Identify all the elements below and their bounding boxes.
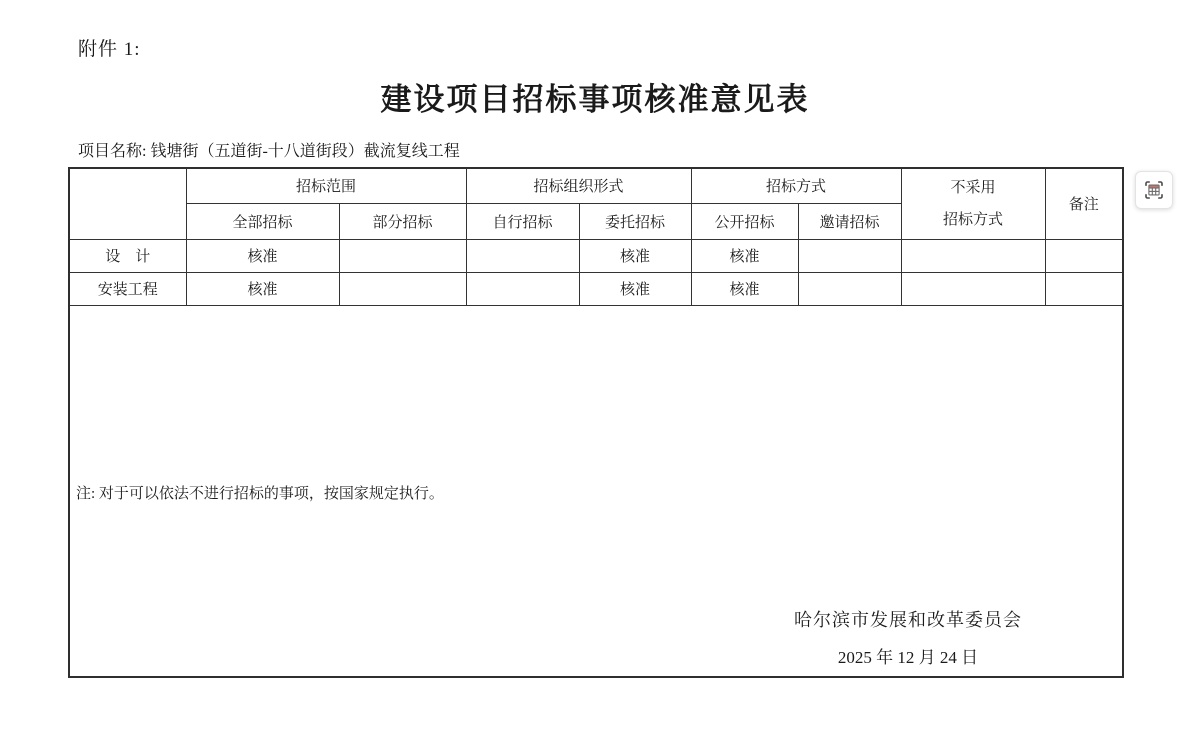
table-body-cell: 注: 对于可以依法不进行招标的事项，按国家规定执行。 哈尔滨市发展和改革委员会 … [69,305,1123,677]
approval-table: 招标范围 招标组织形式 招标方式 不采用 招标方式 备注 全部招标 部分招标 自… [68,167,1124,678]
project-name-line: 项目名称:钱塘街（五道街-十八道街段）截流复线工程 [78,138,460,161]
cell-install-partial-bid [339,272,466,305]
header-bid-scope: 招标范围 [186,168,466,203]
cell-install-open-bid: 核准 [691,272,798,305]
header-remark: 备注 [1045,168,1123,239]
table-row-design: 设 计 核准 核准 核准 [69,239,1123,272]
subheader-all-bid: 全部招标 [186,203,339,239]
header-row-groups: 招标范围 招标组织形式 招标方式 不采用 招标方式 备注 [69,168,1123,203]
header-org-form: 招标组织形式 [466,168,691,203]
issue-date: 2025 年 12 月 24 日 [758,643,1058,668]
subheader-invited-bid: 邀请招标 [798,203,901,239]
project-name-label: 项目名称: [78,143,146,160]
extract-table-button[interactable] [1135,171,1173,209]
project-name-value: 钱塘街（五道街-十八道街段）截流复线工程 [150,143,459,160]
cell-design-entrusted-bid: 核准 [579,239,691,272]
issuer-name: 哈尔滨市发展和改革委员会 [758,606,1058,632]
cell-design-remark [1045,239,1123,272]
cell-install-invited-bid [798,272,901,305]
subheader-entrusted-bid: 委托招标 [579,203,691,239]
header-bid-method: 招标方式 [691,168,901,203]
corner-cell [69,168,186,239]
subheader-self-bid: 自行招标 [466,203,579,239]
cell-design-open-bid: 核准 [691,239,798,272]
subheader-partial-bid: 部分招标 [339,203,466,239]
cell-design-no-bid [901,239,1045,272]
note-text: 注: 对于可以依法不进行招标的事项，按国家规定执行。 [76,482,444,503]
table-body-row: 注: 对于可以依法不进行招标的事项，按国家规定执行。 哈尔滨市发展和改革委员会 … [69,305,1123,677]
page-title: 建设项目招标事项核准意见表 [68,74,1122,119]
cell-install-no-bid [901,272,1045,305]
subheader-open-bid: 公开招标 [691,203,798,239]
cell-install-self-bid [466,272,579,305]
table-row-installation: 安装工程 核准 核准 核准 [69,272,1123,305]
header-no-bid-method: 不采用 招标方式 [901,168,1045,239]
table-extract-icon [1142,178,1166,202]
cell-design-self-bid [466,239,579,272]
cell-install-remark [1045,272,1123,305]
cell-install-all-bid: 核准 [186,272,339,305]
cell-design-all-bid: 核准 [186,239,339,272]
cell-install-entrusted-bid: 核准 [579,272,691,305]
attachment-label: 附件 1: [78,34,141,61]
header-no-bid-line1: 不采用 [902,172,1045,204]
row-label-installation: 安装工程 [69,272,186,305]
header-no-bid-line2: 招标方式 [902,204,1045,236]
cell-design-partial-bid [339,239,466,272]
cell-design-invited-bid [798,239,901,272]
row-label-design: 设 计 [69,239,186,272]
